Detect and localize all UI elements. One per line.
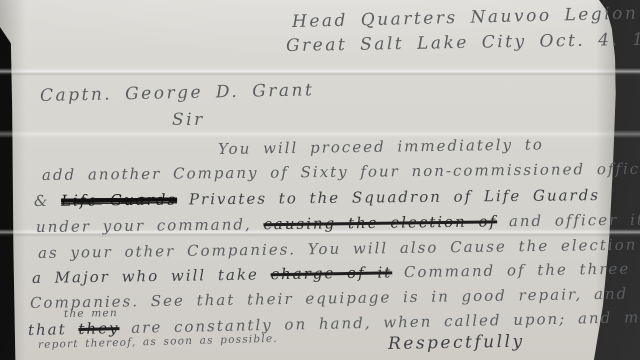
struck-text: Life Guards — [61, 191, 177, 210]
body-text: Command of the three — [392, 260, 630, 282]
body-text: and officer it — [497, 211, 640, 231]
interlinear-insertion: the men — [64, 307, 118, 320]
body-text: & — [34, 192, 61, 210]
body-text: that — [28, 320, 79, 339]
letter-scan: Head Quarters Nauvoo Legion Great Salt L… — [0, 0, 640, 360]
struck-text: causing the election of — [263, 212, 497, 233]
struck-text: charge of it — [270, 263, 392, 283]
body-text: a Major who will take — [32, 265, 271, 287]
struck-text: they — [78, 319, 119, 338]
body-text: under your command, — [36, 215, 264, 236]
letter-salutation: Sir — [172, 110, 205, 130]
letter-closing: Respectfully — [388, 332, 525, 354]
